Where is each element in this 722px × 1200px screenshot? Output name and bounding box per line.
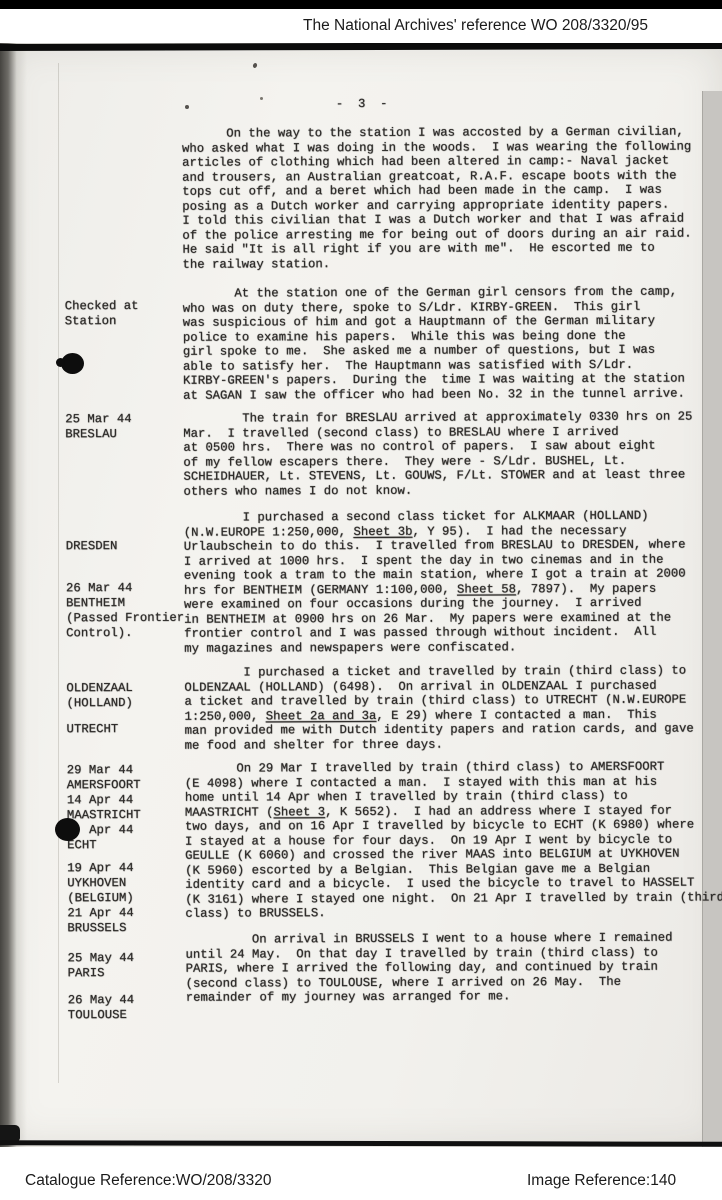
paper-speck <box>185 105 189 109</box>
paragraph-brussels-toulouse: On arrival in BRUSSELS I went to a house… <box>185 931 672 1006</box>
hole-punch-mark <box>61 353 84 374</box>
paragraph-checked-at-station: At the station one of the German girl ce… <box>183 285 685 404</box>
top-black-bar <box>0 0 722 9</box>
archive-scan-viewer: The National Archives' reference WO 208/… <box>0 0 722 1200</box>
paragraph-amersfoort-brussels: On 29 Mar I travelled by train (third cl… <box>185 759 722 921</box>
paragraph-oldenzaal-utrecht: I purchased a ticket and travelled by tr… <box>184 664 694 754</box>
margin-note-checked-at-station: Checked at Station <box>65 299 139 329</box>
catalogue-reference-text: Catalogue Reference:WO/208/3320 <box>25 1172 271 1190</box>
paper-speck <box>260 97 263 100</box>
margin-note-uykhoven-brussels: 19 Apr 44 UYKHOVEN (BELGIUM) 21 Apr 44 B… <box>67 861 134 936</box>
margin-note-dresden: DRESDEN <box>66 539 118 554</box>
margin-note-toulouse: 26 May 44 TOULOUSE <box>68 993 135 1023</box>
margin-note-amersfoort-echt: 29 Mar 44 AMERSFOORT 14 Apr 44 MAASTRICH… <box>67 763 141 853</box>
paragraph-station-encounter: On the way to the station I was accosted… <box>182 125 692 273</box>
paragraph-breslau-train: The train for BRESLAU arrived at approxi… <box>183 410 693 500</box>
margin-note-oldenzaal: OLDENZAAL (HOLLAND) <box>66 681 133 711</box>
archive-reference-text: The National Archives' reference WO 208/… <box>303 17 648 35</box>
page-number: - 3 - <box>336 97 388 112</box>
scanned-document-page: - 3 - Checked at Station 25 Mar 44 BRESL… <box>0 43 722 1147</box>
margin-note-breslau: 25 Mar 44 BRESLAU <box>65 412 132 442</box>
margin-note-bentheim: 26 Mar 44 BENTHEIM (Passed Frontier Cont… <box>66 581 184 642</box>
margin-note-utrecht: UTRECHT <box>67 722 119 737</box>
typewritten-content: - 3 - Checked at Station 25 Mar 44 BRESL… <box>0 43 722 1147</box>
hole-punch-mark <box>55 818 80 841</box>
image-reference-text: Image Reference:140 <box>527 1172 676 1190</box>
binder-corner-mark <box>0 1125 20 1141</box>
paragraph-dresden-bentheim: I purchased a second class ticket for AL… <box>184 509 686 657</box>
margin-note-paris: 25 May 44 PARIS <box>68 951 135 981</box>
